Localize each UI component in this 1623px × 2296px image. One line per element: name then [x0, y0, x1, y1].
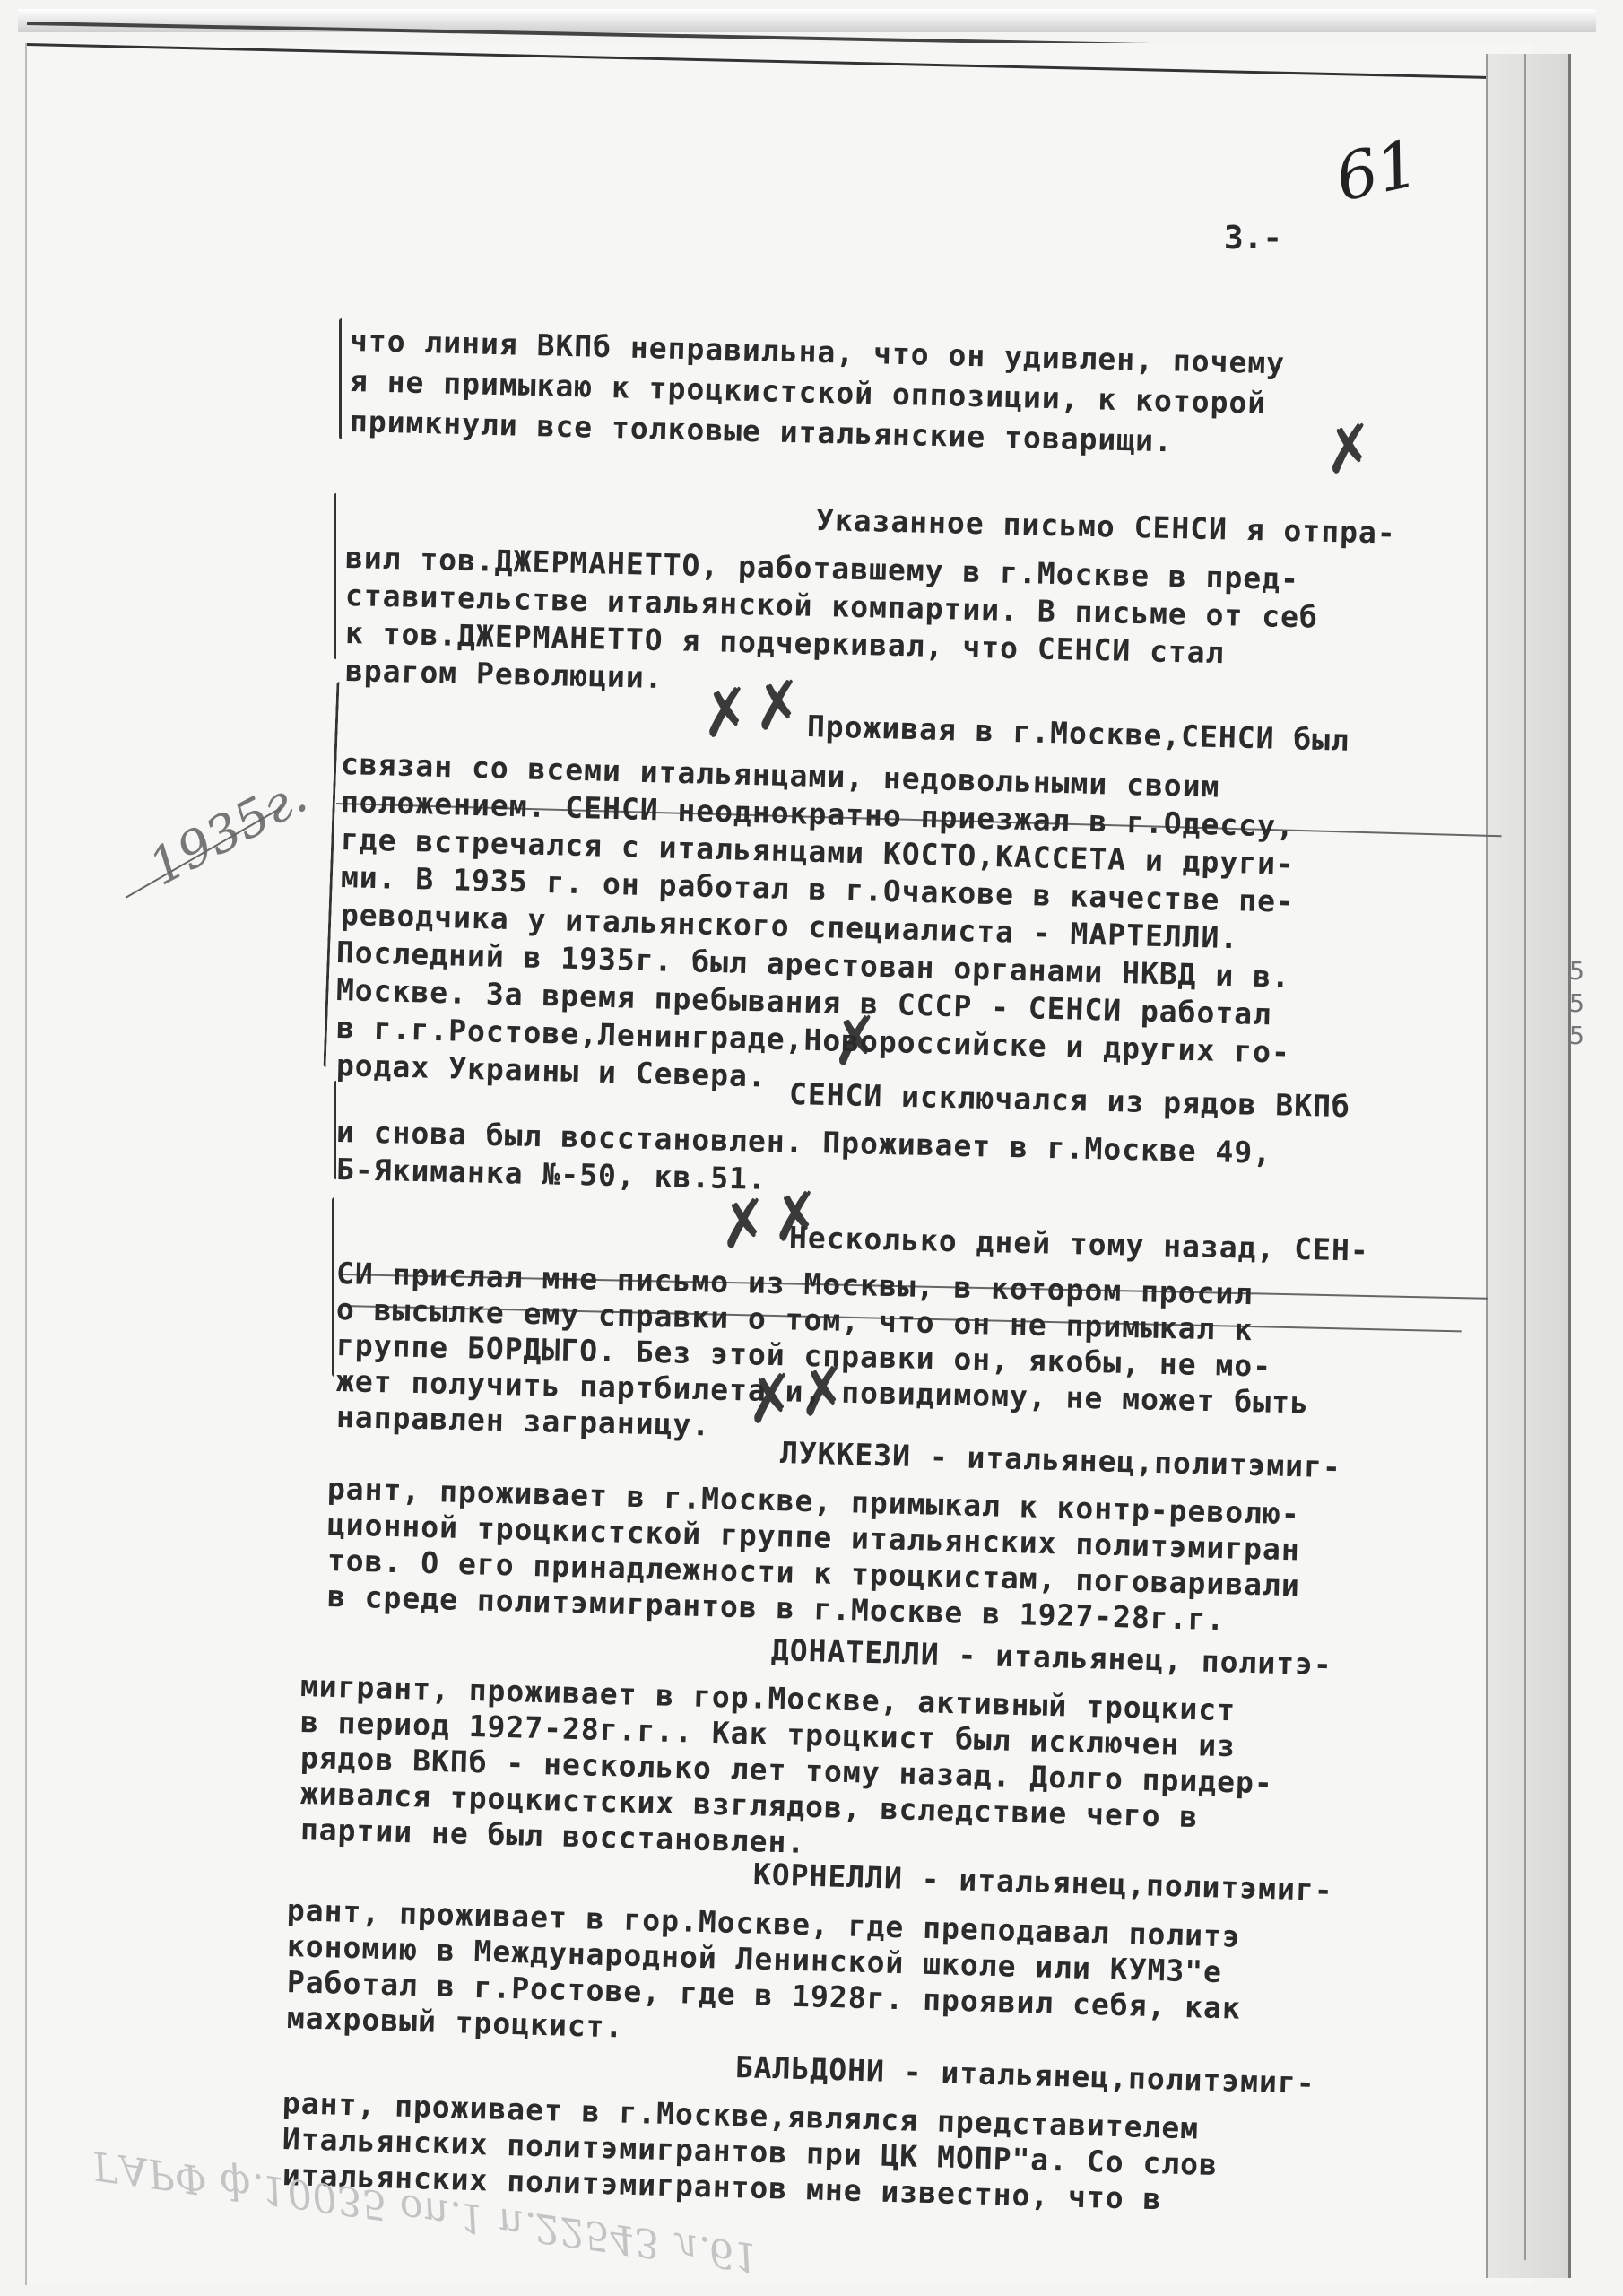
pencil-x-mark: ✗ [1318, 409, 1380, 489]
edge-tab-digit: 5 [1569, 1020, 1584, 1052]
edge-tab-numbers: 5 5 5 [1569, 955, 1584, 1052]
margin-bracket [334, 493, 336, 659]
edge-tab-digit: 5 [1569, 955, 1584, 987]
margin-bracket [339, 318, 342, 439]
page-number: 3.- [1224, 220, 1282, 257]
edge-tab-digit: 5 [1569, 987, 1584, 1020]
pencil-x-mark: ✗✗ [695, 665, 810, 753]
margin-bracket [332, 1197, 334, 1377]
page-edge-line [1524, 54, 1526, 2260]
underlying-pages-edge [1486, 54, 1571, 2278]
text-line: врагом Революции. [345, 653, 664, 695]
